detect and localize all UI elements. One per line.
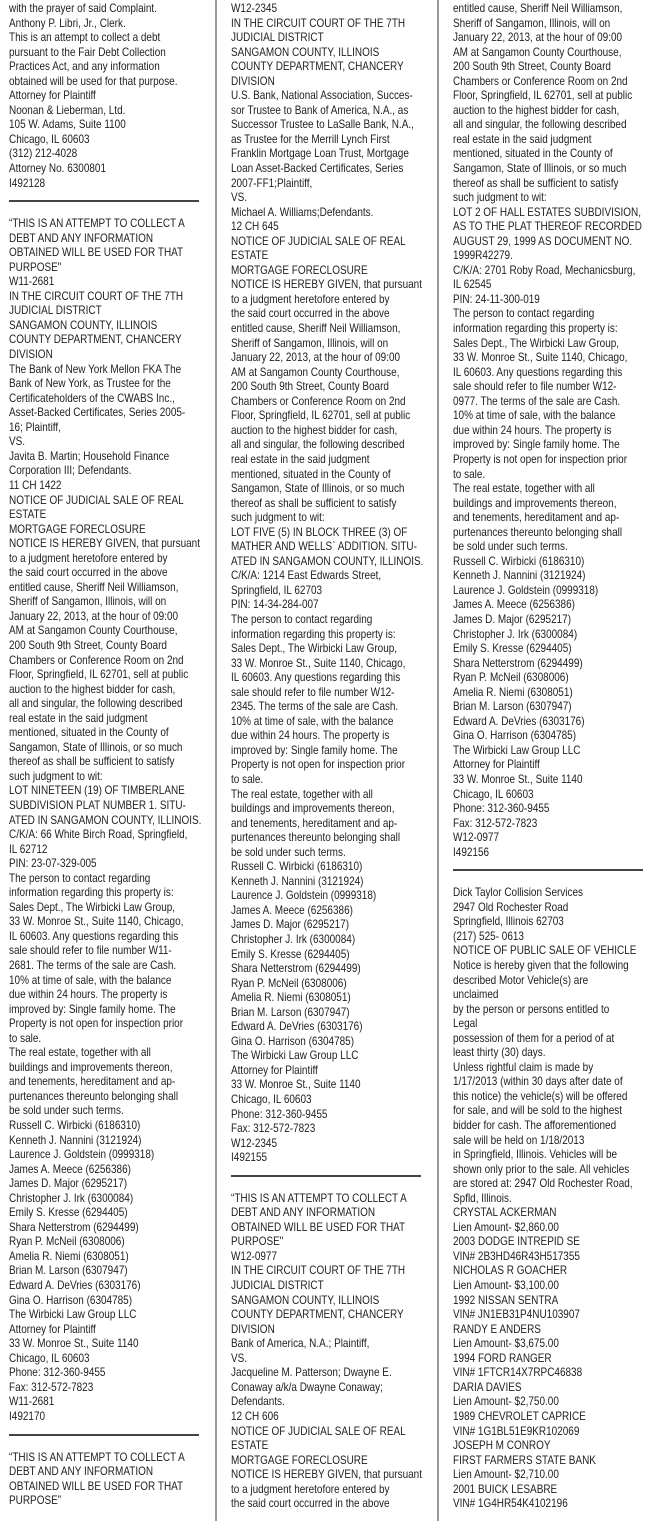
notice-line: Fax: 312-572-7823 (453, 817, 625, 832)
notice-line: ATED IN SANGAMON COUNTY, ILLINOIS. (231, 555, 405, 570)
notice-line: C/K/A: 1214 East Edwards Street, (231, 569, 405, 584)
notice-line: “THIS IS AN ATTEMPT TO COLLECT A (9, 1451, 178, 1466)
notice-line: Springfield, Illinois 62703 (453, 915, 625, 930)
notice-line: 200 South 9th Street, County Board (231, 380, 405, 395)
notice-line: 1992 NISSAN SENTRA (453, 1294, 625, 1309)
notice-line: 2001 BUICK LESABRE (453, 1483, 625, 1498)
notice-line: sor Trustee to Bank of America, N.A., as (231, 104, 405, 119)
notice-line: “THIS IS AN ATTEMPT TO COLLECT A (231, 1192, 405, 1207)
notice-line: CRYSTAL ACKERMAN (453, 1206, 625, 1221)
notice-line: PIN: 23-07-329-005 (9, 857, 178, 872)
notice-line: VIN# 1G4HR54K4102196 (453, 1497, 625, 1512)
notice-line: with the prayer of said Complaint. (9, 2, 178, 17)
notice-line: Emily S. Kresse (6294405) (453, 642, 625, 657)
notice-line: sale should refer to file number W12- (231, 686, 405, 701)
notice-line: The person to contact regarding (453, 307, 625, 322)
notice-divider (9, 1434, 199, 1436)
notice-line: Fax: 312-572-7823 (9, 1381, 178, 1396)
notice-line: W12-2345 (231, 2, 405, 17)
notice-line: for sale, and will be sold to the highes… (453, 1104, 625, 1119)
notice-line: The real estate, together with all (9, 1046, 178, 1061)
notice-line: real estate in the said judgment (9, 712, 178, 727)
notice-line: 200 South 9th Street, County Board (9, 639, 178, 654)
notice-line: be sold under such terms. (453, 540, 625, 555)
notice-line: purtenances thereunto belonging shall (231, 831, 405, 846)
notice-line: such judgment to wit: (231, 511, 405, 526)
notice-line: Property is not open for inspection prio… (9, 1017, 178, 1032)
notice-line: NOTICE OF PUBLIC SALE OF VEHICLE (453, 944, 625, 959)
notice-line: JUDICIAL DISTRICT (9, 304, 178, 319)
notice-line: Franklin Mortgage Loan Trust, Mortgage (231, 147, 405, 162)
notice-line: Lien Amount- $2,860.00 (453, 1221, 625, 1236)
notice-line: SANGAMON COUNTY, ILLINOIS (231, 46, 405, 61)
notice-line: Sheriff of Sangamon, Illinois, will on (453, 17, 625, 32)
notice-line: Edward A. DeVries (6303176) (453, 715, 625, 730)
notice-line: ESTATE (9, 508, 178, 523)
notice-line: purtenances thereunto belonging shall (9, 1090, 178, 1105)
notice-line: Anthony P. Libri, Jr., Clerk. (9, 17, 178, 32)
notice-line: COUNTY DEPARTMENT, CHANCERY (9, 333, 178, 348)
notice-line: Loan Asset-Backed Certificates, Series (231, 162, 405, 177)
column-3: entitled cause, Sheriff Neil Williamson,… (437, 0, 655, 1521)
notice-line: James A. Meece (6256386) (453, 598, 625, 613)
notice-line: Certificateholders of the CWABS Inc., (9, 392, 178, 407)
notice-line: LOT NINETEEN (19) OF TIMBERLANE (9, 784, 178, 799)
notice-line: AM at Sangamon County Courthouse, (453, 46, 625, 61)
notice-line: The real estate, together with all (453, 482, 625, 497)
notice-line: DIVISION (231, 75, 405, 90)
notice-line: IL 60603. Any questions regarding this (231, 671, 405, 686)
notice-line: auction to the highest bidder for cash, (9, 683, 178, 698)
notice-line: IL 62712 (9, 843, 178, 858)
notice-line: W12-0977 (231, 1250, 405, 1265)
notice-line: 2007-FF1;Plaintiff, (231, 177, 405, 192)
notice-line: Laurence J. Goldstein (0999318) (9, 1148, 178, 1163)
notice-line: Kenneth J. Nannini (3121924) (453, 569, 625, 584)
notice-line: DIVISION (231, 1323, 405, 1338)
notice-line: VIN# 2B3HD46R43H517355 (453, 1250, 625, 1265)
notice-line: PURPOSE” (9, 1494, 178, 1509)
notice-line: 10% at time of sale, with the balance (453, 409, 625, 424)
notice-line: sale should refer to file number W11- (9, 944, 178, 959)
notice-line: Ryan P. McNeil (6308006) (453, 671, 625, 686)
notice-line: all and singular, the following describe… (231, 438, 405, 453)
notice-line: James A. Meece (6256386) (9, 1163, 178, 1178)
notice-line: The real estate, together with all (231, 788, 405, 803)
notice-line: Shara Netterstrom (6294499) (231, 962, 405, 977)
notice-line: James D. Major (6295217) (9, 1177, 178, 1192)
notice-line: all and singular, the following describe… (453, 118, 625, 133)
notice-line: this notice) the vehicle(s) will be offe… (453, 1090, 625, 1105)
notice-line: Lien Amount- $3,100.00 (453, 1279, 625, 1294)
notice-line: (312) 212-4028 (9, 147, 178, 162)
notice-line: entitled cause, Sheriff Neil Williamson, (453, 2, 625, 17)
notice-line: 33 W. Monroe St., Suite 1140, Chicago, (9, 915, 178, 930)
notice-line: ESTATE (231, 249, 405, 264)
notice-line: Ryan P. McNeil (6308006) (9, 1235, 178, 1250)
notice-line: (217) 525- 0613 (453, 930, 625, 945)
legal-notice: with the prayer of said Complaint.Anthon… (9, 2, 206, 191)
legal-notice: entitled cause, Sheriff Neil Williamson,… (453, 2, 653, 860)
notice-line: 1989 CHEVROLET CAPRICE (453, 1410, 625, 1425)
notice-line: to a judgment heretofore entered by (9, 552, 178, 567)
notice-line: OBTAINED WILL BE USED FOR THAT (9, 246, 178, 261)
notice-line: Chicago, IL 60603 (9, 1352, 178, 1367)
notice-line: NOTICE IS HEREBY GIVEN, that pursuant (231, 1468, 405, 1483)
notice-line: The person to contact regarding (231, 613, 405, 628)
notice-line: improved by: Single family home. The (453, 438, 625, 453)
notice-line: Dick Taylor Collision Services (453, 886, 625, 901)
notice-line: in Springfield, Illinois. Vehicles will … (453, 1148, 625, 1163)
notice-line: Attorney for Plaintiff (9, 89, 178, 104)
notice-line: Floor, Springfield, IL 62701, sell at pu… (231, 409, 405, 424)
notice-line: Christopher J. Irk (6300084) (231, 933, 405, 948)
notice-line: real estate in the said judgment (231, 453, 405, 468)
notice-line: buildings and improvements thereon, (453, 497, 625, 512)
notice-line: and tenements, hereditament and ap- (231, 817, 405, 832)
notice-line: 12 CH 645 (231, 220, 405, 235)
notice-line: Property is not open for inspection prio… (231, 758, 405, 773)
notice-line: bidder for cash. The afforementioned (453, 1119, 625, 1134)
notice-line: C/K/A: 66 White Birch Road, Springfield, (9, 828, 178, 843)
notice-line: Amelia R. Niemi (6308051) (231, 991, 405, 1006)
notice-line: AM at Sangamon County Courthouse, (231, 366, 405, 381)
notice-line: This is an attempt to collect a debt (9, 31, 178, 46)
notice-line: Successor Trustee to LaSalle Bank, N.A., (231, 118, 405, 133)
notice-line: Defendants. (231, 1395, 405, 1410)
notice-line: Sheriff of Sangamon, Illinois, will on (9, 595, 178, 610)
notice-line: Phone: 312-360-9455 (9, 1366, 178, 1381)
notice-line: OBTAINED WILL BE USED FOR THAT (231, 1221, 405, 1236)
notice-line: The Bank of New York Mellon FKA The (9, 363, 178, 378)
notice-line: 2003 DODGE INTREPID SE (453, 1235, 625, 1250)
notice-line: Noonan & Lieberman, Ltd. (9, 104, 178, 119)
column-1: with the prayer of said Complaint.Anthon… (0, 0, 210, 1521)
notice-line: Attorney for Plaintiff (453, 758, 625, 773)
legal-notice: Dick Taylor Collision Services2947 Old R… (453, 886, 653, 1512)
notice-line: Javita B. Martin; Household Finance (9, 450, 178, 465)
notice-line: January 22, 2013, at the hour of 09:00 (231, 351, 405, 366)
notice-line: SUBDIVISION PLAT NUMBER 1. SITU- (9, 799, 178, 814)
notice-line: purtenances thereunto belonging shall (453, 526, 625, 541)
notice-line: real estate in the said judgment (453, 133, 625, 148)
notice-line: SANGAMON COUNTY, ILLINOIS (231, 1294, 405, 1309)
notice-line: DIVISION (9, 348, 178, 363)
notice-line: Laurence J. Goldstein (0999318) (231, 889, 405, 904)
notice-line: Edward A. DeVries (6303176) (9, 1279, 178, 1294)
notice-line: LOT FIVE (5) IN BLOCK THREE (3) OF (231, 526, 405, 541)
notice-line: Sales Dept., The Wirbicki Law Group, (453, 337, 625, 352)
notice-line: to a judgment heretofore entered by (231, 1483, 405, 1498)
notice-line: PIN: 14-34-284-007 (231, 598, 405, 613)
notice-line: thereof as shall be sufficient to satisf… (453, 177, 625, 192)
notice-line: Spfld, Illinois. (453, 1192, 625, 1207)
notice-line: Kenneth J. Nannini (3121924) (9, 1134, 178, 1149)
notice-line: VIN# JN1EB31P4NU103907 (453, 1308, 625, 1323)
notice-line: NOTICE IS HEREBY GIVEN, that pursuant (9, 537, 178, 552)
notice-line: VS. (9, 435, 178, 450)
notice-line: IL 62545 (453, 278, 625, 293)
notice-line: 2947 Old Rochester Road (453, 901, 625, 916)
notice-line: 1994 FORD RANGER (453, 1352, 625, 1367)
notice-line: Phone: 312-360-9455 (231, 1108, 405, 1123)
notice-line: ESTATE (231, 1439, 405, 1454)
notice-line: improved by: Single family home. The (9, 1003, 178, 1018)
notice-line: I492155 (231, 1151, 405, 1166)
column-3-content: entitled cause, Sheriff Neil Williamson,… (439, 0, 655, 1512)
notice-line: least thirty (30) days. (453, 1046, 625, 1061)
notice-line: Russell C. Wirbicki (6186310) (453, 555, 625, 570)
notice-line: Floor, Springfield, IL 62701, sell at pu… (9, 668, 178, 683)
notice-line: the said court occurred in the above (231, 307, 405, 322)
notice-line: the said court occurred in the above (231, 1497, 405, 1512)
notice-line: are stored at: 2947 Old Rochester Road, (453, 1177, 625, 1192)
notice-line: Lien Amount- $2,750.00 (453, 1395, 625, 1410)
notice-line: Amelia R. Niemi (6308051) (453, 686, 625, 701)
notice-line: Chicago, IL 60603 (453, 788, 625, 803)
notice-line: to sale. (453, 468, 625, 483)
notice-line: C/K/A: 2701 Roby Road, Mechanicsburg, (453, 264, 625, 279)
notice-line: 10% at time of sale, with the balance (231, 715, 405, 730)
notice-line: January 22, 2013, at the hour of 09:00 (9, 610, 178, 625)
notice-line: the said court occurred in the above (9, 566, 178, 581)
notice-line: Sales Dept., The Wirbicki Law Group, (9, 901, 178, 916)
notice-line: AUGUST 29, 1999 AS DOCUMENT NO. (453, 235, 625, 250)
notice-line: described Motor Vehicle(s) are (453, 974, 625, 989)
notice-line: James D. Major (6295217) (231, 918, 405, 933)
column-1-content: with the prayer of said Complaint.Anthon… (0, 0, 210, 1509)
notice-line: 12 CH 606 (231, 1410, 405, 1425)
notice-line: PURPOSE" (231, 1235, 405, 1250)
notice-line: Unless rightful claim is made by (453, 1061, 625, 1076)
notice-line: Michael A. Williams;Defendants. (231, 206, 405, 221)
notice-line: mentioned, situated in the County of (453, 147, 625, 162)
notice-line: AS TO THE PLAT THEREOF RECORDED (453, 220, 625, 235)
notice-line: FIRST FARMERS STATE BANK (453, 1454, 625, 1469)
notice-line: to sale. (9, 1032, 178, 1047)
notice-line: buildings and improvements thereon, (231, 802, 405, 817)
notice-line: 10% at time of sale, with the balance (9, 974, 178, 989)
notice-line: auction to the highest bidder for cash, (231, 424, 405, 439)
notice-line: I492170 (9, 1410, 178, 1425)
notice-line: Shara Netterstrom (6294499) (453, 657, 625, 672)
notice-line: Lien Amount- $2,710.00 (453, 1468, 625, 1483)
notice-line: IL 60603. Any questions regarding this (9, 930, 178, 945)
notice-line: Brian M. Larson (6307947) (9, 1264, 178, 1279)
notice-line: Practices Act, and any information (9, 60, 178, 75)
notice-line: W11-2681 (9, 1395, 178, 1410)
notice-line: Chicago, IL 60603 (231, 1093, 405, 1108)
notice-line: Brian M. Larson (6307947) (231, 1006, 405, 1021)
notice-line: Edward A. DeVries (6303176) (231, 1020, 405, 1035)
notice-line: DEBT AND ANY INFORMATION (231, 1206, 405, 1221)
notice-line: NOTICE IS HEREBY GIVEN, that pursuant (231, 278, 405, 293)
notice-line: obtained will be used for that purpose. (9, 75, 178, 90)
notice-line: JOSEPH M CONROY (453, 1439, 625, 1454)
notice-line: Chambers or Conference Room on 2nd (453, 75, 625, 90)
notice-line: such judgment to wit: (9, 770, 178, 785)
notice-line: be sold under such terms. (9, 1104, 178, 1119)
notice-line: MORTGAGE FORECLOSURE (9, 523, 178, 538)
legal-notice: W12-2345IN THE CIRCUIT COURT OF THE 7THJ… (231, 2, 433, 1166)
notice-line: possession of them for a period of at (453, 1032, 625, 1047)
notice-line: to a judgment heretofore entered by (231, 293, 405, 308)
notice-line: JUDICIAL DISTRICT (231, 1279, 405, 1294)
notice-line: Sangamon, State of Illinois, or so much (231, 482, 405, 497)
notice-line: AM at Sangamon County Courthouse, (9, 624, 178, 639)
notice-line: entitled cause, Sheriff Neil Williamson, (231, 322, 405, 337)
notice-line: NOTICE OF JUDICIAL SALE OF REAL (231, 1425, 405, 1440)
notice-line: thereof as shall be sufficient to satisf… (9, 755, 178, 770)
notice-line: Chicago, IL 60603 (9, 133, 178, 148)
notice-line: January 22, 2013, at the hour of 09:00 (453, 31, 625, 46)
notice-line: Sales Dept., The Wirbicki Law Group, (231, 642, 405, 657)
notice-line: MORTGAGE FORECLOSURE (231, 264, 405, 279)
legal-notice: “THIS IS AN ATTEMPT TO COLLECT ADEBT AND… (9, 1451, 206, 1509)
column-2: W12-2345IN THE CIRCUIT COURT OF THE 7THJ… (215, 0, 437, 1521)
notice-line: Attorney for Plaintiff (231, 1064, 405, 1079)
notice-line: Lien Amount- $3,675.00 (453, 1337, 625, 1352)
notice-line: Gina O. Harrison (6304785) (231, 1035, 405, 1050)
notice-line: Floor, Springfield, IL 62701, sell at pu… (453, 89, 625, 104)
notice-line: mentioned, situated in the County of (9, 726, 178, 741)
notice-line: PURPOSE" (9, 261, 178, 276)
notice-line: Gina O. Harrison (6304785) (9, 1294, 178, 1309)
notice-line: “THIS IS AN ATTEMPT TO COLLECT A (9, 217, 178, 232)
notice-line: James A. Meece (6256386) (231, 904, 405, 919)
notice-line: such judgment to wit: (453, 191, 625, 206)
notice-line: DARIA DAVIES (453, 1381, 625, 1396)
notice-line: COUNTY DEPARTMENT, CHANCERY (231, 60, 405, 75)
notice-line: IN THE CIRCUIT COURT OF THE 7TH (231, 1264, 405, 1279)
notice-line: Christopher J. Irk (6300084) (453, 628, 625, 643)
notice-line: sale will be held on 1/18/2013 (453, 1134, 625, 1149)
notice-line: Springfield, IL 62703 (231, 584, 405, 599)
notice-line: all and singular, the following describe… (9, 697, 178, 712)
notice-line: improved by: Single family home. The (231, 744, 405, 759)
notice-line: COUNTY DEPARTMENT, CHANCERY (231, 1308, 405, 1323)
notice-line: entitled cause, Sheriff Neil Williamson, (9, 581, 178, 596)
notice-line: Ryan P. McNeil (6308006) (231, 977, 405, 992)
notice-line: NOTICE OF JUDICIAL SALE OF REAL (231, 235, 405, 250)
notice-line: shown only prior to the sale. All vehicl… (453, 1163, 625, 1178)
notice-line: Bank of New York, as Trustee for the (9, 377, 178, 392)
notice-line: as Trustee for the Merrill Lynch First (231, 133, 405, 148)
notice-line: Legal (453, 1017, 625, 1032)
notice-line: MATHER AND WELLS` ADDITION. SITU- (231, 540, 405, 555)
notice-line: Sangamon, State of Illinois, or so much (9, 741, 178, 756)
notice-line: Shara Netterstrom (6294499) (9, 1221, 178, 1236)
notice-line: Chambers or Conference Room on 2nd (9, 654, 178, 669)
notice-line: OBTAINED WILL BE USED FOR THAT (9, 1480, 178, 1495)
notice-line: Christopher J. Irk (6300084) (9, 1192, 178, 1207)
notice-line: information regarding this property is: (9, 886, 178, 901)
notice-line: Kenneth J. Nannini (3121924) (231, 875, 405, 890)
notice-line: information regarding this property is: (231, 628, 405, 643)
notice-line: 16; Plaintiff, (9, 421, 178, 436)
notice-line: due within 24 hours. The property is (231, 729, 405, 744)
notice-line: Jacqueline M. Patterson; Dwayne E. (231, 1366, 405, 1381)
notice-line: Corporation III; Defendants. (9, 464, 178, 479)
notice-line: Russell C. Wirbicki (6186310) (9, 1119, 178, 1134)
notice-line: ATED IN SANGAMON COUNTY, ILLINOIS. (9, 814, 178, 829)
notice-line: 33 W. Monroe St., Suite 1140, Chicago, (231, 657, 405, 672)
notice-line: VIN# 1G1BL51E9KR102069 (453, 1425, 625, 1440)
notice-line: Chambers or Conference Room on 2nd (231, 395, 405, 410)
notice-divider (231, 1175, 421, 1177)
notice-line: NOTICE OF JUDICIAL SALE OF REAL (9, 494, 178, 509)
legal-notice: “THIS IS AN ATTEMPT TO COLLECT ADEBT AND… (231, 1192, 433, 1512)
notice-line: Emily S. Kresse (6294405) (231, 948, 405, 963)
notice-line: RANDY E ANDERS (453, 1323, 625, 1338)
notice-line: Brian M. Larson (6307947) (453, 700, 625, 715)
notice-line: Emily S. Kresse (6294405) (9, 1206, 178, 1221)
notice-line: Fax: 312-572-7823 (231, 1122, 405, 1137)
notice-line: 33 W. Monroe St., Suite 1140 (9, 1337, 178, 1352)
notice-line: LOT 2 OF HALL ESTATES SUBDIVISION, (453, 206, 625, 221)
notice-line: W12-2345 (231, 1137, 405, 1152)
notice-line: The Wirbicki Law Group LLC (231, 1049, 405, 1064)
notice-line: IL 60603. Any questions regarding this (453, 366, 625, 381)
notice-line: buildings and improvements thereon, (9, 1061, 178, 1076)
notice-line: 0977. The terms of the sale are Cash. (453, 395, 625, 410)
notice-line: mentioned, situated in the County of (231, 468, 405, 483)
notice-line: Conaway a/k/a Dwayne Conaway; (231, 1381, 405, 1396)
notice-line: and tenements, hereditament and ap- (453, 511, 625, 526)
notice-line: I492128 (9, 177, 178, 192)
notice-line: 33 W. Monroe St., Suite 1140 (231, 1078, 405, 1093)
notice-line: Bank of America, N.A.; Plaintiff, (231, 1337, 405, 1352)
notice-line: pursuant to the Fair Debt Collection (9, 46, 178, 61)
notice-line: JUDICIAL DISTRICT (231, 31, 405, 46)
notice-line: SANGAMON COUNTY, ILLINOIS (9, 319, 178, 334)
notice-line: W11-2681 (9, 275, 178, 290)
notice-line: by the person or persons entitled to (453, 1003, 625, 1018)
notice-line: James D. Major (6295217) (453, 613, 625, 628)
notice-line: PIN: 24-11-300-019 (453, 293, 625, 308)
notice-line: 1/17/2013 (within 30 days after date of (453, 1075, 625, 1090)
notice-line: VS. (231, 1352, 405, 1367)
notice-line: 33 W. Monroe St., Suite 1140 (453, 773, 625, 788)
notice-line: MORTGAGE FORECLOSURE (231, 1454, 405, 1469)
notice-line: thereof as shall be sufficient to satisf… (231, 497, 405, 512)
notice-line: auction to the highest bidder for cash, (453, 104, 625, 119)
notice-line: The person to contact regarding (9, 872, 178, 887)
notice-line: Phone: 312-360-9455 (453, 802, 625, 817)
notice-line: VS. (231, 191, 405, 206)
notice-line: Sangamon, State of Illinois, or so much (453, 162, 625, 177)
notice-line: DEBT AND ANY INFORMATION (9, 232, 178, 247)
notice-line: Laurence J. Goldstein (0999318) (453, 584, 625, 599)
notice-divider (9, 200, 199, 202)
notice-line: W12-0977 (453, 831, 625, 846)
notice-line: Gina O. Harrison (6304785) (453, 729, 625, 744)
notice-line: Russell C. Wirbicki (6186310) (231, 860, 405, 875)
notice-line: 1999R42279. (453, 249, 625, 264)
notice-line: Sheriff of Sangamon, Illinois, will on (231, 337, 405, 352)
notice-line: Amelia R. Niemi (6308051) (9, 1250, 178, 1265)
notice-line: VIN# 1FTCR14X7RPC46838 (453, 1366, 625, 1381)
notice-line: Property is not open for inspection prio… (453, 453, 625, 468)
notice-line: DEBT AND ANY INFORMATION (9, 1465, 178, 1480)
notice-line: IN THE CIRCUIT COURT OF THE 7TH (231, 17, 405, 32)
notice-divider (453, 869, 643, 871)
notice-line: Attorney for Plaintiff (9, 1323, 178, 1338)
notice-line: Attorney No. 6300801 (9, 162, 178, 177)
notice-line: NICHOLAS R GOACHER (453, 1264, 625, 1279)
notice-line: due within 24 hours. The property is (9, 988, 178, 1003)
column-2-content: W12-2345IN THE CIRCUIT COURT OF THE 7THJ… (217, 0, 437, 1512)
